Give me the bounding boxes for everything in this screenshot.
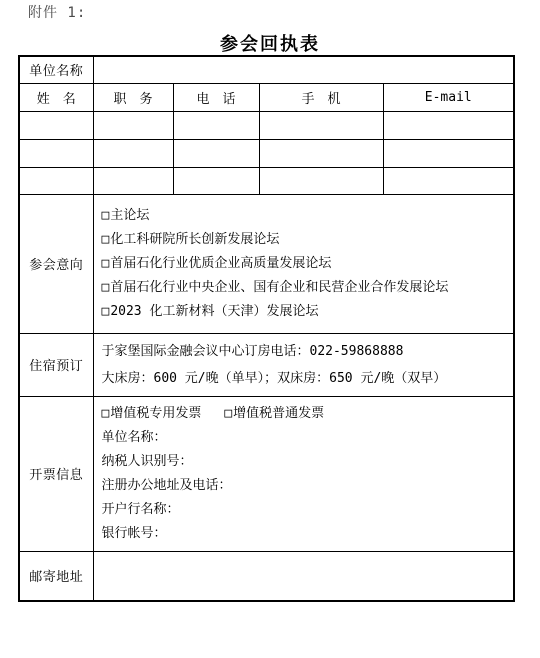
invoice-field-taxpayer-id[interactable]: 纳税人识别号： [102, 450, 508, 474]
attendee-row [19, 167, 514, 194]
hotel-phone-line: 于家堡国际金融会议中心订房电话：022-59868888 [102, 338, 508, 365]
attendee-position-cell[interactable] [93, 167, 173, 194]
checkbox-icon: □ [224, 406, 232, 421]
checkbox-icon: □ [102, 208, 110, 223]
checkbox-icon: □ [102, 280, 110, 295]
hotel-price-line: 大床房：600 元/晚（单早）；双床房：650 元/晚（双早） [102, 365, 508, 392]
unit-name-label: 单位名称 [19, 56, 93, 83]
attendee-email-cell[interactable] [383, 167, 514, 194]
header-phone: 电 话 [173, 83, 259, 111]
attendee-phone-cell[interactable] [173, 167, 259, 194]
invoice-info-label: 开票信息 [19, 396, 93, 551]
attendee-row [19, 111, 514, 139]
reply-form-table: 单位名称 姓 名 职 务 电 话 手 机 E-mail 参会意向 □主论坛 [18, 55, 515, 602]
attendee-name-cell[interactable] [19, 111, 93, 139]
attend-option-label: 化工科研院所长创新发展论坛 [110, 232, 279, 247]
header-email: E-mail [383, 83, 514, 111]
attendee-header-row: 姓 名 职 务 电 话 手 机 E-mail [19, 83, 514, 111]
attend-option-main-forum[interactable]: □主论坛 [102, 204, 508, 228]
attendee-phone-cell[interactable] [173, 111, 259, 139]
attend-option-label: 主论坛 [110, 208, 149, 223]
checkbox-icon: □ [102, 406, 110, 421]
attend-option-label: 首届石化行业优质企业高质量发展论坛 [110, 256, 331, 271]
attend-option-institute-forum[interactable]: □化工科研院所长创新发展论坛 [102, 228, 508, 252]
invoice-option-label: 增值税普通发票 [233, 406, 324, 421]
mail-address-input-cell[interactable] [93, 551, 514, 601]
invoice-info-row: 开票信息 □增值税专用发票□增值税普通发票 单位名称： 纳税人识别号： 注册办公… [19, 396, 514, 551]
invoice-field-bank-account[interactable]: 银行帐号： [102, 522, 508, 546]
attendee-name-cell[interactable] [19, 139, 93, 167]
unit-name-input-cell[interactable] [93, 56, 514, 83]
attendee-email-cell[interactable] [383, 111, 514, 139]
attachment-label: 附件 1: [28, 5, 86, 21]
attendee-mobile-cell[interactable] [259, 139, 383, 167]
header-mobile: 手 机 [259, 83, 383, 111]
attend-option-new-material-forum[interactable]: □2023 化工新材料（天津）发展论坛 [102, 300, 508, 324]
checkbox-icon: □ [102, 232, 110, 247]
invoice-field-address-phone[interactable]: 注册办公地址及电话： [102, 474, 508, 498]
attend-intent-label: 参会意向 [19, 194, 93, 333]
attend-option-label: 首届石化行业中央企业、国有企业和民营企业合作发展论坛 [110, 280, 448, 295]
invoice-option-label: 增值税专用发票 [110, 406, 201, 421]
attendee-position-cell[interactable] [93, 111, 173, 139]
attendee-name-cell[interactable] [19, 167, 93, 194]
attend-option-cooperation-forum[interactable]: □首届石化行业中央企业、国有企业和民营企业合作发展论坛 [102, 276, 508, 300]
attend-option-label: 2023 化工新材料（天津）发展论坛 [110, 304, 318, 319]
attendee-mobile-cell[interactable] [259, 167, 383, 194]
invoice-field-unit-name[interactable]: 单位名称： [102, 426, 508, 450]
hotel-booking-label: 住宿预订 [19, 333, 93, 396]
attendee-mobile-cell[interactable] [259, 111, 383, 139]
invoice-option-special[interactable]: □增值税专用发票 [102, 406, 202, 421]
header-name: 姓 名 [19, 83, 93, 111]
unit-name-row: 单位名称 [19, 56, 514, 83]
attendee-position-cell[interactable] [93, 139, 173, 167]
attend-intent-row: 参会意向 □主论坛 □化工科研院所长创新发展论坛 □首届石化行业优质企业高质量发… [19, 194, 514, 333]
checkbox-icon: □ [102, 256, 110, 271]
invoice-field-bank-name[interactable]: 开户行名称： [102, 498, 508, 522]
hotel-booking-row: 住宿预订 于家堡国际金融会议中心订房电话：022-59868888 大床房：60… [19, 333, 514, 396]
header-position: 职 务 [93, 83, 173, 111]
attendee-phone-cell[interactable] [173, 139, 259, 167]
attendee-email-cell[interactable] [383, 139, 514, 167]
mail-address-label: 邮寄地址 [19, 551, 93, 601]
checkbox-icon: □ [102, 304, 110, 319]
mail-address-row: 邮寄地址 [19, 551, 514, 601]
invoice-option-general[interactable]: □增值税普通发票 [224, 406, 324, 421]
attendee-row [19, 139, 514, 167]
attend-option-quality-forum[interactable]: □首届石化行业优质企业高质量发展论坛 [102, 252, 508, 276]
page-title: 参会回执表 [0, 30, 540, 56]
